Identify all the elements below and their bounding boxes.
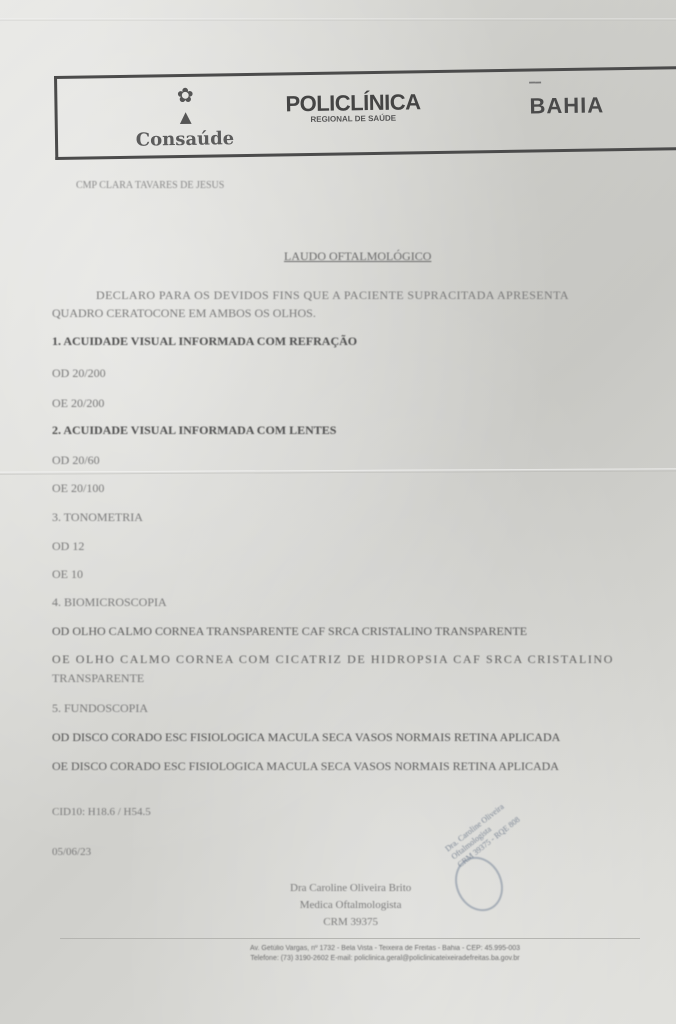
doctor-crm: CRM 39375 <box>290 914 411 931</box>
paper-fold <box>0 18 676 21</box>
report-date: 05/06/23 <box>52 846 91 858</box>
patient-name: CMP CLARA TAVARES DE JESUS <box>76 180 224 191</box>
exam-value: OD 20/200 <box>52 366 106 381</box>
exam-value: OE DISCO CORADO ESC FISIOLOGICA MACULA S… <box>52 759 559 774</box>
doctor-name: Dra Caroline Oliveira Brito <box>290 880 411 897</box>
footer-divider <box>60 938 640 939</box>
declaration-line: DECLARO PARA OS DEVIDOS FINS QUE A PACIE… <box>96 288 569 303</box>
exam-value: OE OLHO CALMO CORNEA COM CICATRIZ DE HID… <box>52 652 614 667</box>
bahia-logo-top: ▬▬ <box>529 78 604 85</box>
letterhead: ✿▲ Consaúde POLICLÍNICA REGIONAL DE SAÚD… <box>54 66 676 160</box>
section-title: 3. TONOMETRIA <box>52 510 143 525</box>
exam-value: OD 20/60 <box>52 453 100 468</box>
signature-block: Dra Caroline Oliveira Brito Medica Oftal… <box>290 880 411 931</box>
cid-code: CID10: H18.6 / H54.5 <box>52 806 151 818</box>
section-title: 4. BIOMICROSCOPIA <box>52 595 167 610</box>
exam-value: TRANSPARENTE <box>52 671 144 686</box>
exam-value: OD 12 <box>52 539 84 554</box>
section-title: 1. ACUIDADE VISUAL INFORMADA COM REFRAÇÃ… <box>52 334 357 349</box>
section-title: 5. FUNDOSCOPIA <box>52 701 148 716</box>
exam-value: OD OLHO CALMO CORNEA TRANSPARENTE CAF SR… <box>52 624 527 639</box>
policlinica-logo: POLICLÍNICA REGIONAL DE SAÚDE <box>285 89 421 124</box>
section-title: 2. ACUIDADE VISUAL INFORMADA COM LENTES <box>52 423 336 438</box>
footer: Av. Getúlio Vargas, nº 1732 - Bela Vista… <box>180 944 590 964</box>
footer-address: Av. Getúlio Vargas, nº 1732 - Bela Vista… <box>180 944 590 954</box>
exam-value: OE 20/100 <box>52 481 104 496</box>
declaration-line: QUADRO CERATOCONE EM AMBOS OS OLHOS. <box>52 306 316 321</box>
exam-value: OE 20/200 <box>52 396 104 411</box>
doctor-role: Medica Oftalmologista <box>290 897 411 914</box>
consaude-logo: ✿▲ Consaúde <box>129 84 240 151</box>
footer-contact: Telefone: (73) 3190-2602 E-mail: policli… <box>180 954 590 964</box>
bahia-logo: ▬▬ BAHIA <box>529 78 604 119</box>
exam-value: OE 10 <box>52 567 83 582</box>
exam-value: OD DISCO CORADO ESC FISIOLOGICA MACULA S… <box>52 730 560 745</box>
consaude-emblem-icon: ✿▲ <box>129 84 240 130</box>
report-title: LAUDO OFTALMOLÓGICO <box>284 249 431 264</box>
